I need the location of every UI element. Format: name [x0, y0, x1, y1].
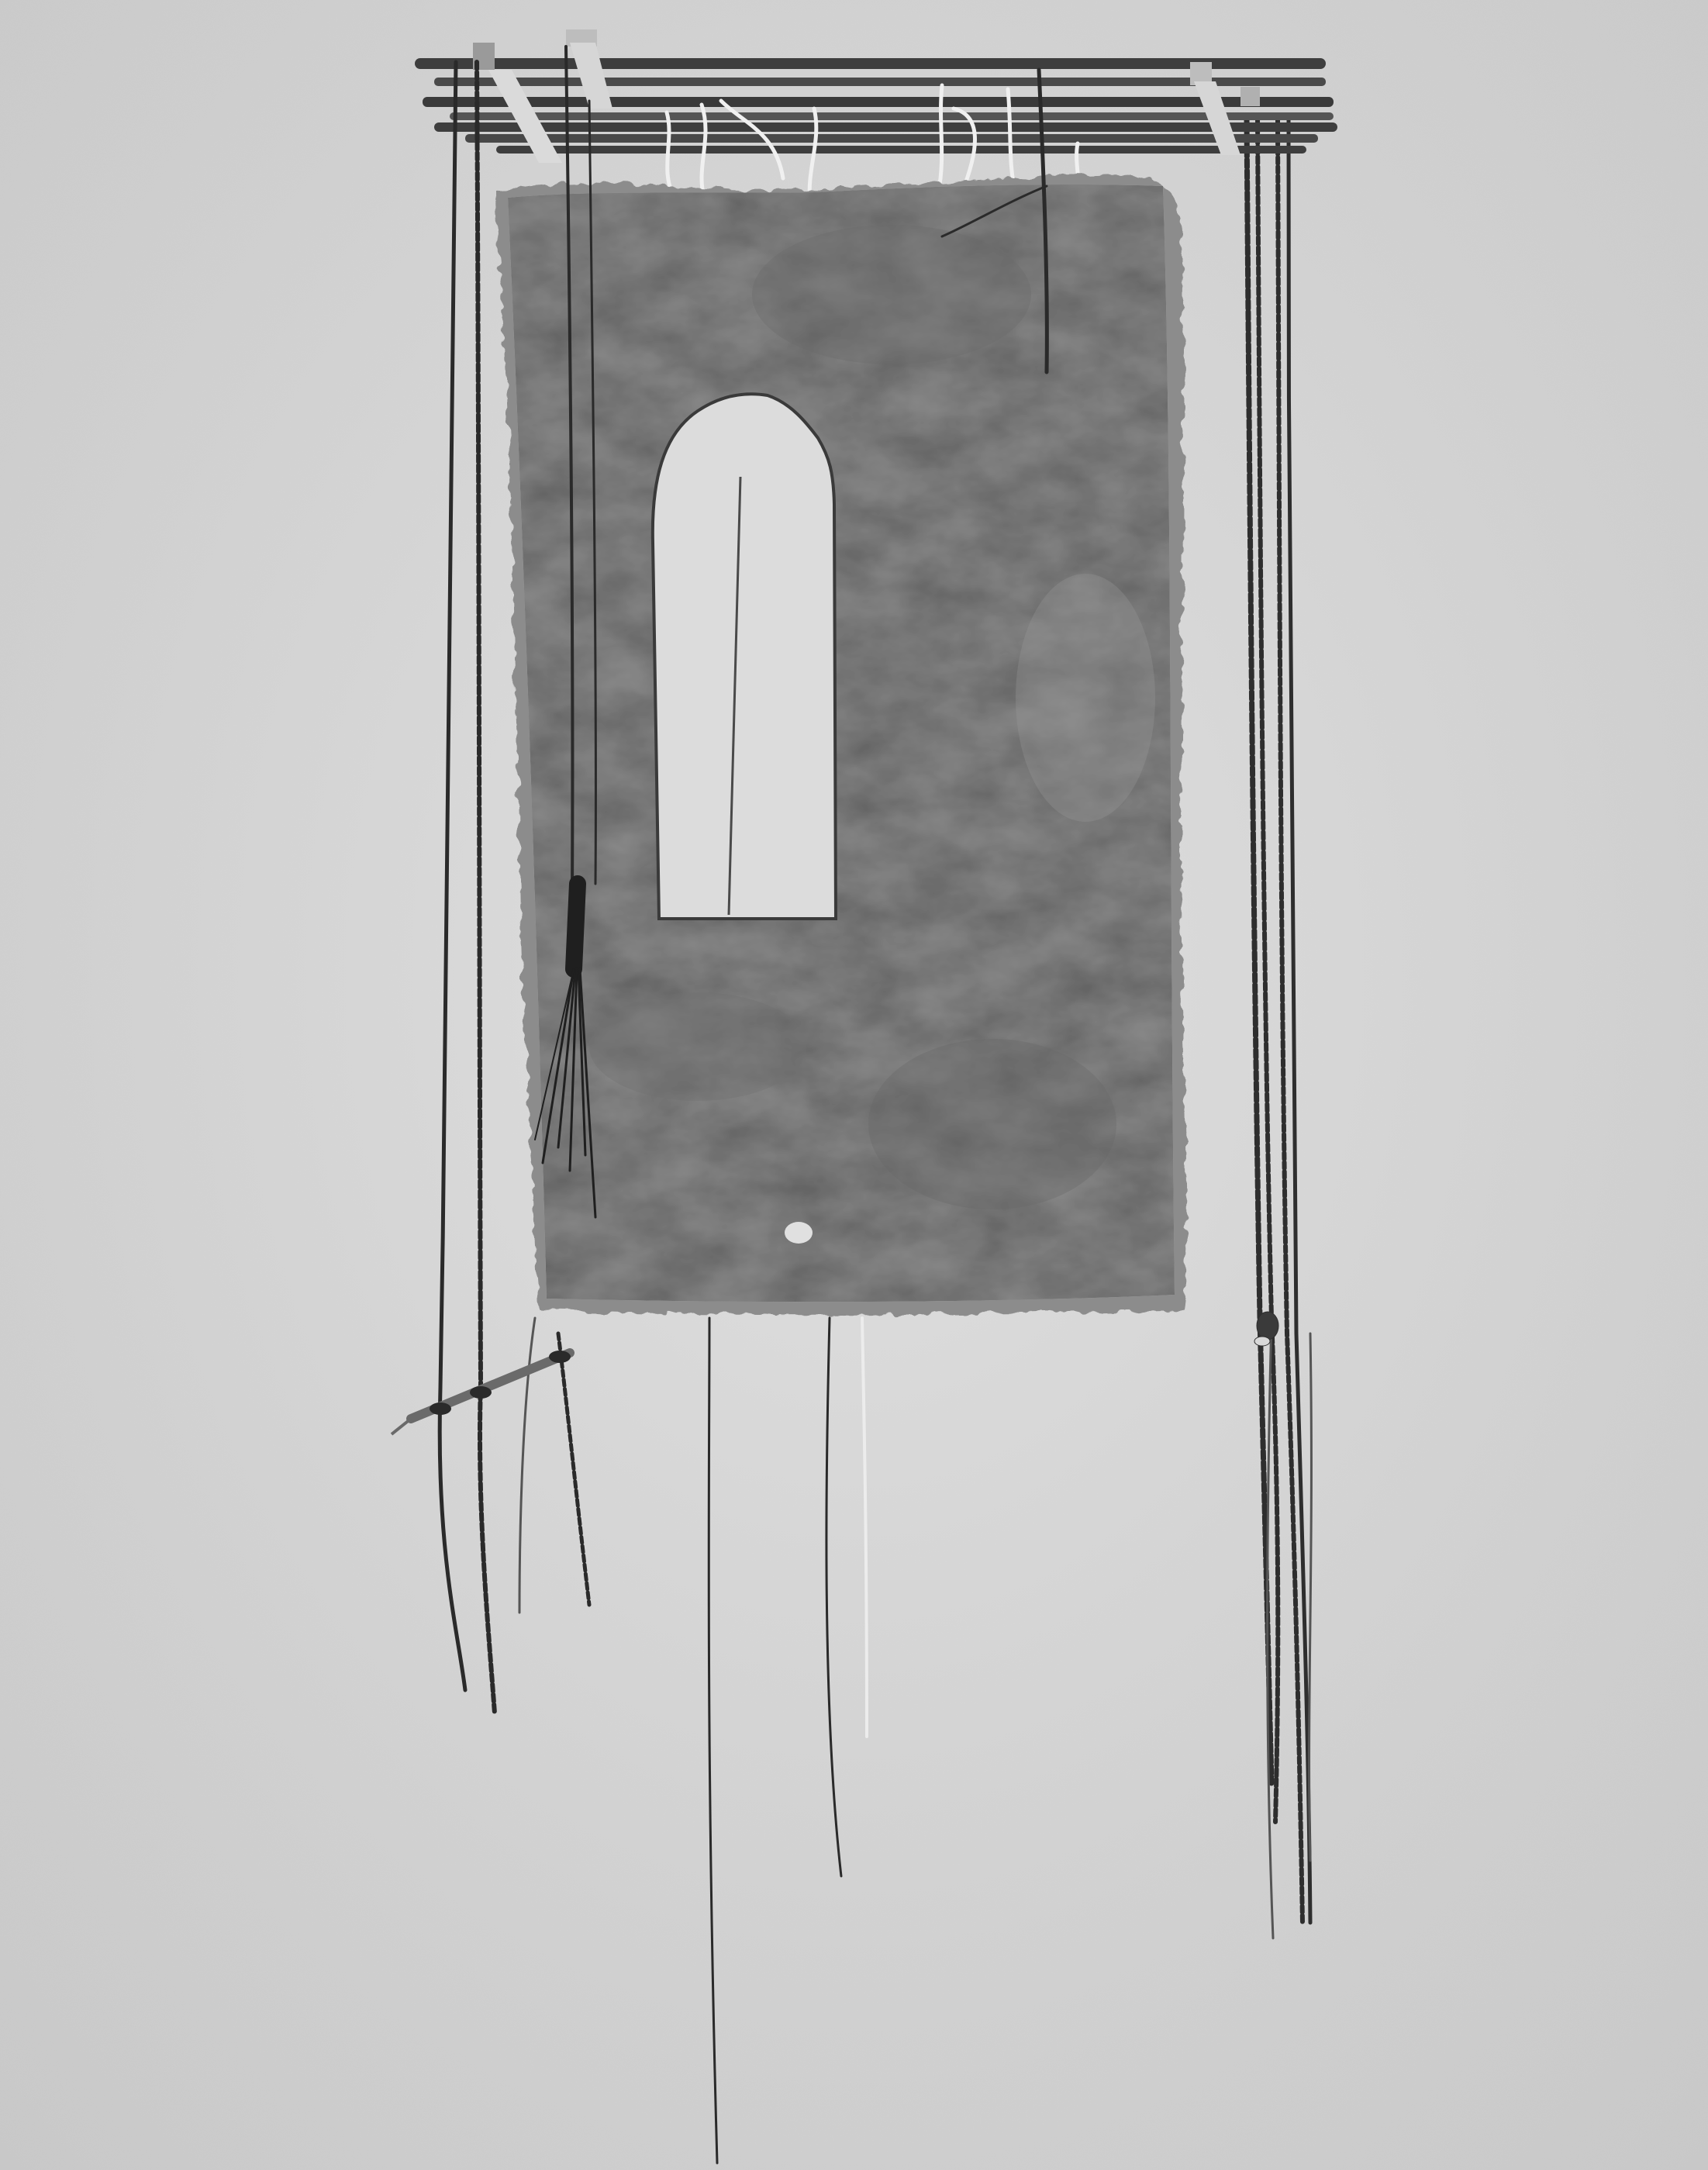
photo-scene: [0, 0, 1708, 2170]
arched-window: [653, 394, 836, 919]
felt-panel: [496, 174, 1187, 1315]
